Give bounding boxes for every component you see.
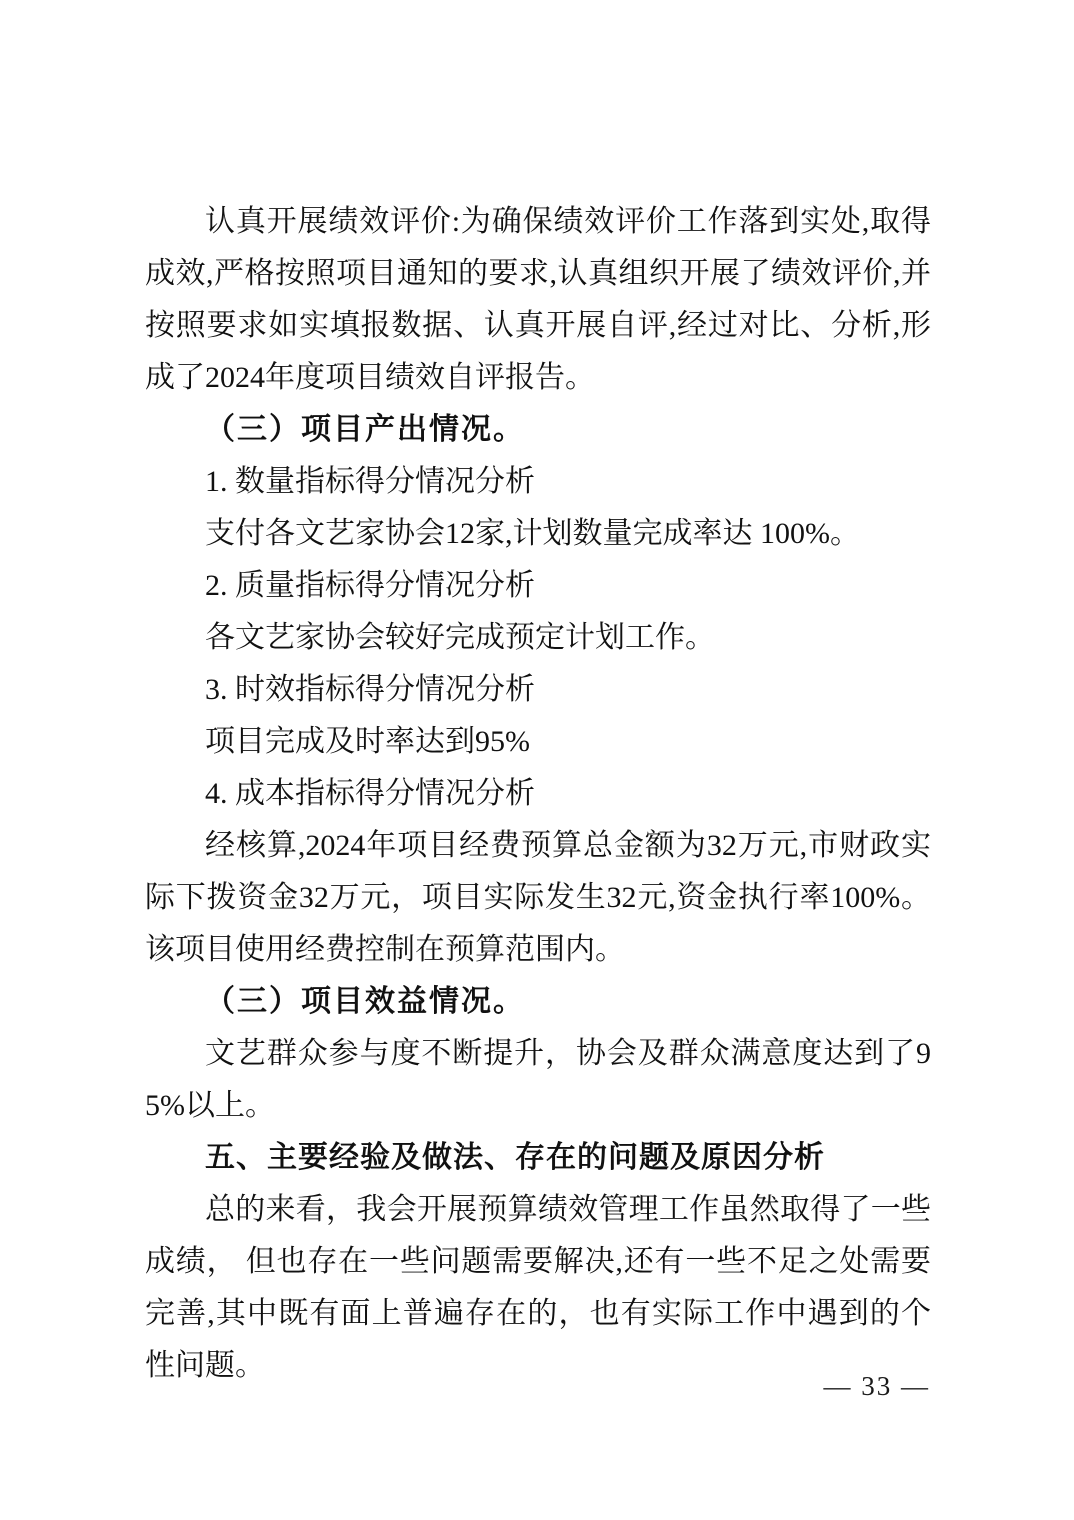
- heading-project-benefit: （三）项目效益情况。: [145, 976, 931, 1028]
- para-performance-evaluation: 认真开展绩效评价:为确保绩效评价工作落到实处,取得成效,严格按照项目通知的要求,…: [145, 196, 931, 404]
- heading-project-output: （三）项目产出情况。: [145, 404, 931, 456]
- item-3-timeliness-indicator-title: 3. 时效指标得分情况分析: [145, 664, 931, 716]
- para-section-five-summary: 总的来看，我会开展预算绩效管理工作虽然取得了一些成绩， 但也存在一些问题需要解决…: [145, 1184, 931, 1392]
- item-1-quantity-indicator-detail: 支付各文艺家协会12家,计划数量完成率达 100%。: [145, 508, 931, 560]
- document-page: 认真开展绩效评价:为确保绩效评价工作落到实处,取得成效,严格按照项目通知的要求,…: [0, 0, 1074, 1520]
- item-4-cost-indicator-title: 4. 成本指标得分情况分析: [145, 768, 931, 820]
- para-project-benefit-detail: 文艺群众参与度不断提升，协会及群众满意度达到了95%以上。: [145, 1028, 931, 1132]
- item-3-timeliness-indicator-detail: 项目完成及时率达到95%: [145, 716, 931, 768]
- item-4-cost-indicator-detail: 经核算,2024年项目经费预算总金额为32万元,市财政实际下拨资金32万元，项目…: [145, 820, 931, 976]
- page-number: — 33 —: [824, 1370, 931, 1402]
- item-2-quality-indicator-detail: 各文艺家协会较好完成预定计划工作。: [145, 612, 931, 664]
- item-2-quality-indicator-title: 2. 质量指标得分情况分析: [145, 560, 931, 612]
- heading-section-five: 五、主要经验及做法、存在的问题及原因分析: [145, 1132, 931, 1184]
- item-1-quantity-indicator-title: 1. 数量指标得分情况分析: [145, 456, 931, 508]
- document-body: 认真开展绩效评价:为确保绩效评价工作落到实处,取得成效,严格按照项目通知的要求,…: [145, 196, 931, 1392]
